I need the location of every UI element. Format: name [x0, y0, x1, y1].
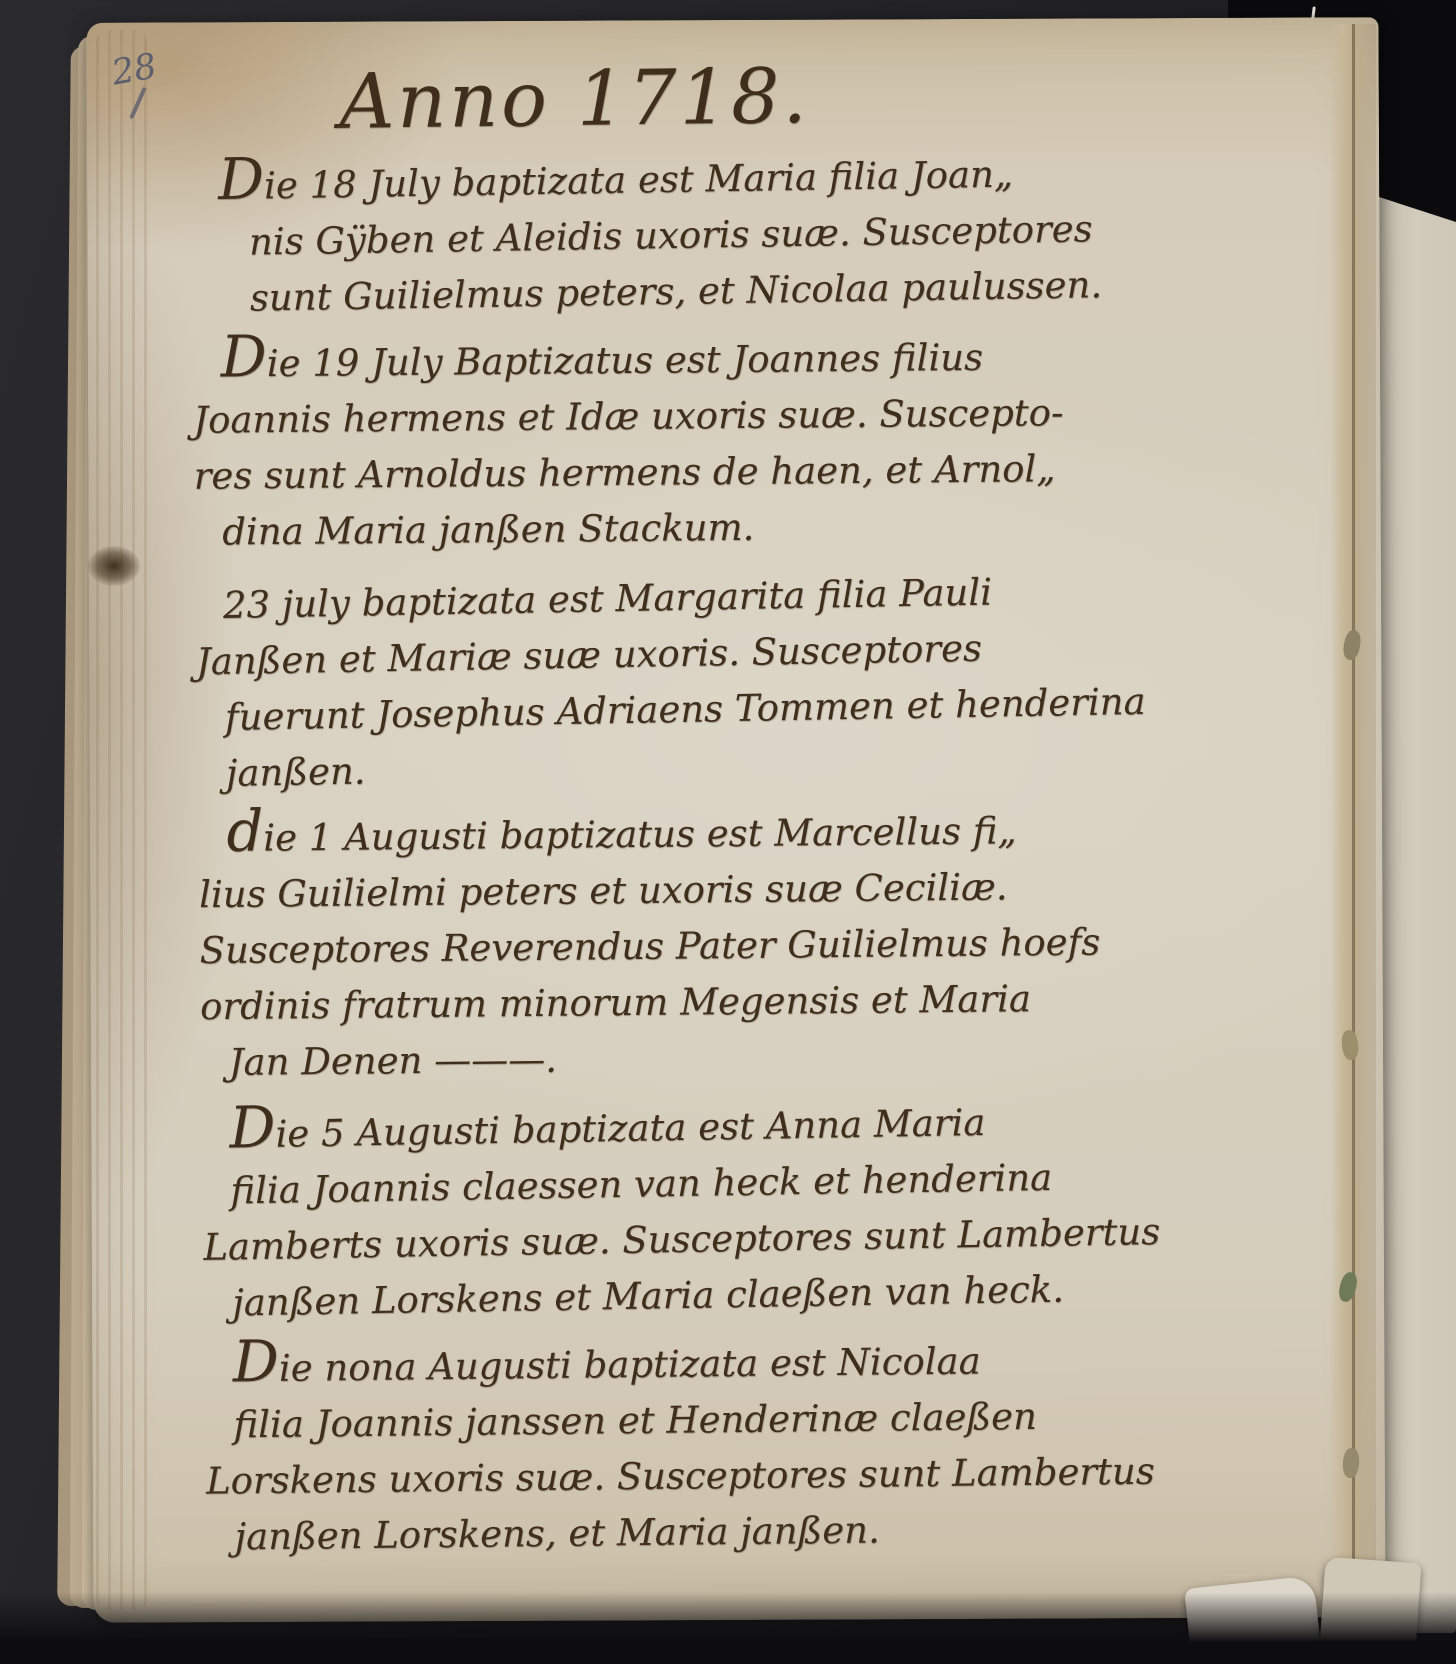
entry-line: ordinis fratrum minorum Megensis et Mari… [200, 969, 1280, 1035]
entry-line: Die 19 July Baptizatus est Joannes filiu… [193, 327, 1273, 392]
entry-line: Joannis hermens et Idæ uxoris suæ. Susce… [193, 383, 1273, 448]
photo-bottom-shadow [0, 1592, 1456, 1664]
baptism-entry: Die 5 Augusti baptizata est Anna Maria f… [201, 1090, 1285, 1332]
manuscript-text: Anno 1718. Die 18 July baptizata est Mar… [189, 45, 1288, 1579]
entry-line: Susceptores Reverendus Pater Guilielmus … [199, 913, 1279, 979]
baptism-entry: Die nona Augusti baptizata est Nicolaa f… [205, 1330, 1287, 1565]
entry-line: Jan Denen ———. [200, 1025, 1280, 1091]
baptism-entry: Die 19 July Baptizatus est Joannes filiu… [193, 327, 1275, 560]
folio-number: 28 [109, 46, 160, 93]
year-heading: Anno 1718. [339, 45, 1270, 145]
baptism-entry: die 1 Augusti baptizatus est Marcellus f… [198, 801, 1281, 1091]
entry-line: janßen Lorskens, et Maria janßen. [206, 1498, 1287, 1565]
entry-line: dina Maria janßen Stackum. [194, 495, 1274, 560]
entry-line: Lorskens uxoris suæ. Susceptores sunt La… [206, 1442, 1287, 1509]
manuscript-photo: 28 Anno 1718. Die 18 July baptizata est … [0, 0, 1456, 1664]
page-fold-lines [96, 30, 148, 1610]
entry-line: lius Guilielmi peters et uxoris suæ Ceci… [199, 857, 1279, 923]
entry-line: res sunt Arnoldus hermens de haen, et Ar… [194, 439, 1274, 504]
baptism-entry: Die 18 July baptizata est Maria filia Jo… [190, 143, 1273, 328]
entry-line: die 1 Augusti baptizatus est Marcellus f… [198, 801, 1278, 867]
ink-blot [88, 546, 140, 586]
baptism-entry: 23 july baptizata est Margarita filia Pa… [195, 560, 1279, 803]
binding-seam-line [1352, 24, 1355, 1620]
